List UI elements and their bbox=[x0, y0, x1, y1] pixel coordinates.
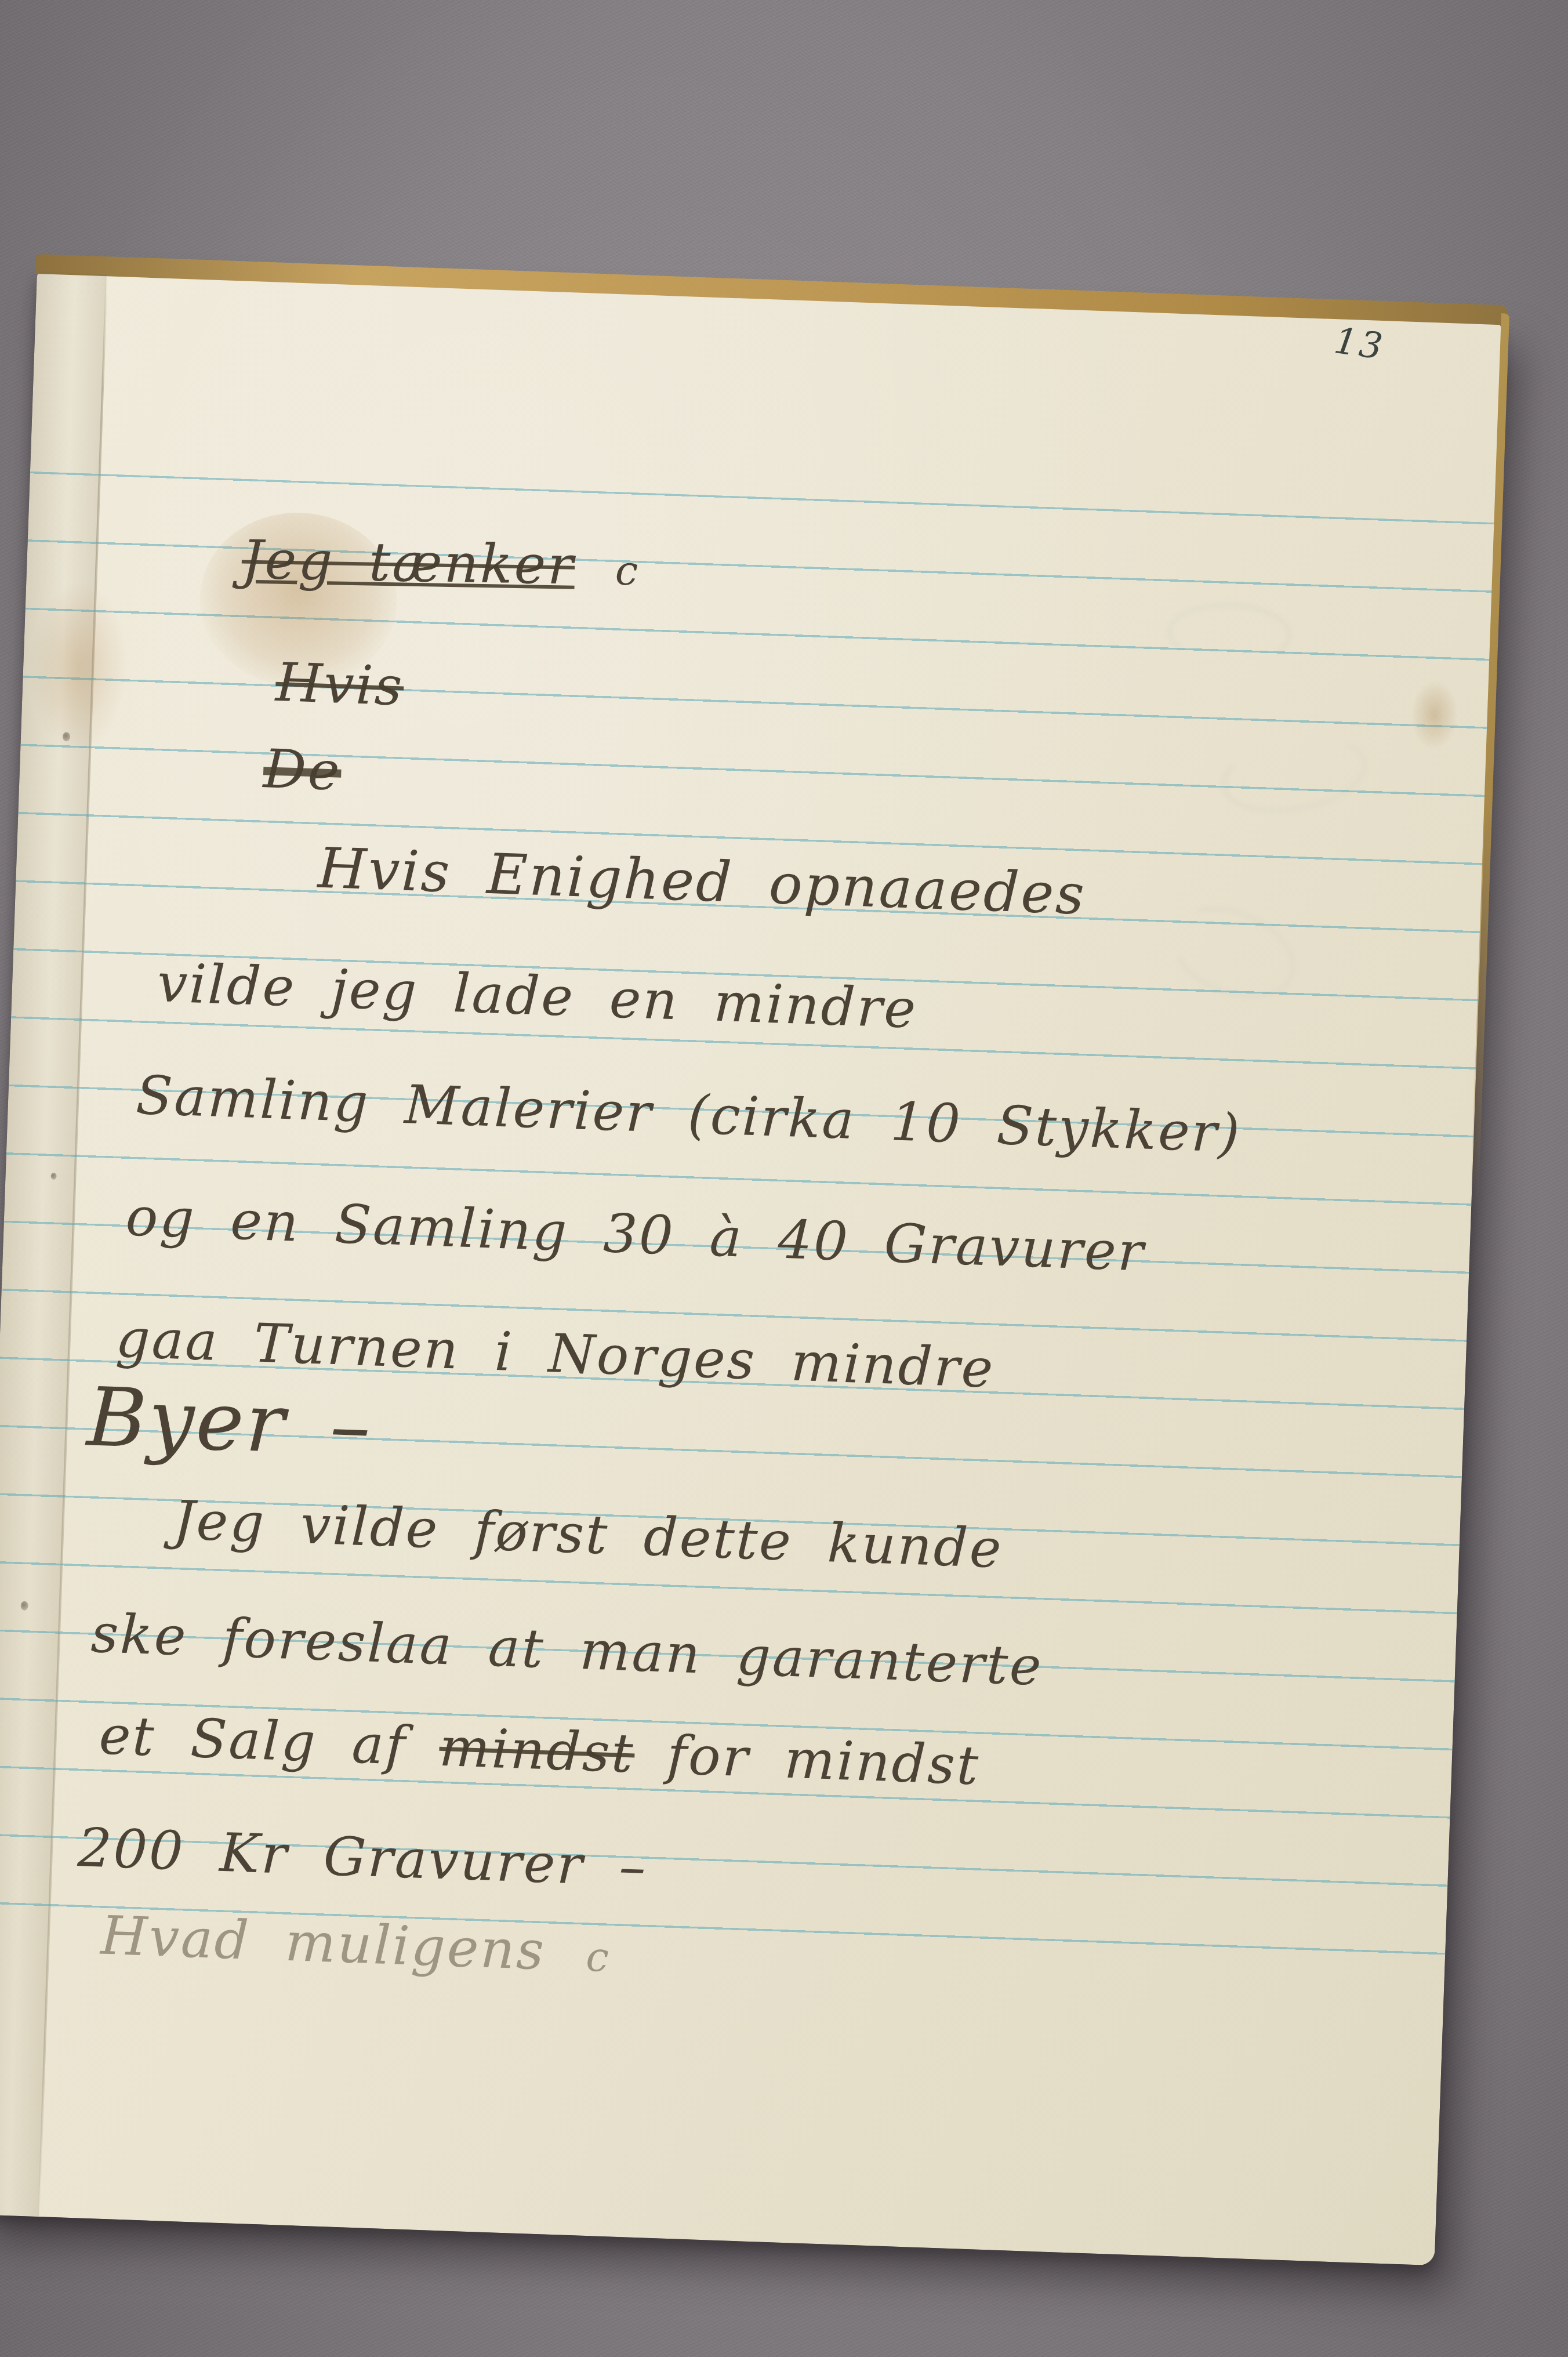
manuscript-line: De bbox=[262, 738, 342, 803]
page-number: 13 bbox=[1331, 319, 1387, 368]
struck-text: Jeg tænker bbox=[241, 529, 575, 597]
show-through-writing bbox=[1127, 583, 1436, 1144]
line-text: for mindst bbox=[666, 1724, 981, 1797]
line-text: et Salg af bbox=[98, 1704, 408, 1776]
manuscript-line: Byer – bbox=[85, 1370, 374, 1474]
stray-mark: c bbox=[615, 547, 640, 595]
gray-felt-backdrop: 13 Jeg tænkerc Hvis De Hvis Enighed opna… bbox=[0, 0, 1568, 2357]
manuscript-line: Hvis bbox=[275, 651, 405, 718]
manuscript-line: Jeg tænkerc bbox=[241, 529, 640, 598]
struck-text: Hvis bbox=[275, 651, 405, 718]
stray-mark: c bbox=[585, 1933, 611, 1981]
struck-word: mindst bbox=[438, 1716, 636, 1785]
manuscript-photo: { "photo": { "background_color": "#86808… bbox=[0, 0, 1568, 2357]
struck-text: De bbox=[262, 738, 342, 803]
notebook-page: 13 Jeg tænkerc Hvis De Hvis Enighed opna… bbox=[0, 271, 1502, 2265]
